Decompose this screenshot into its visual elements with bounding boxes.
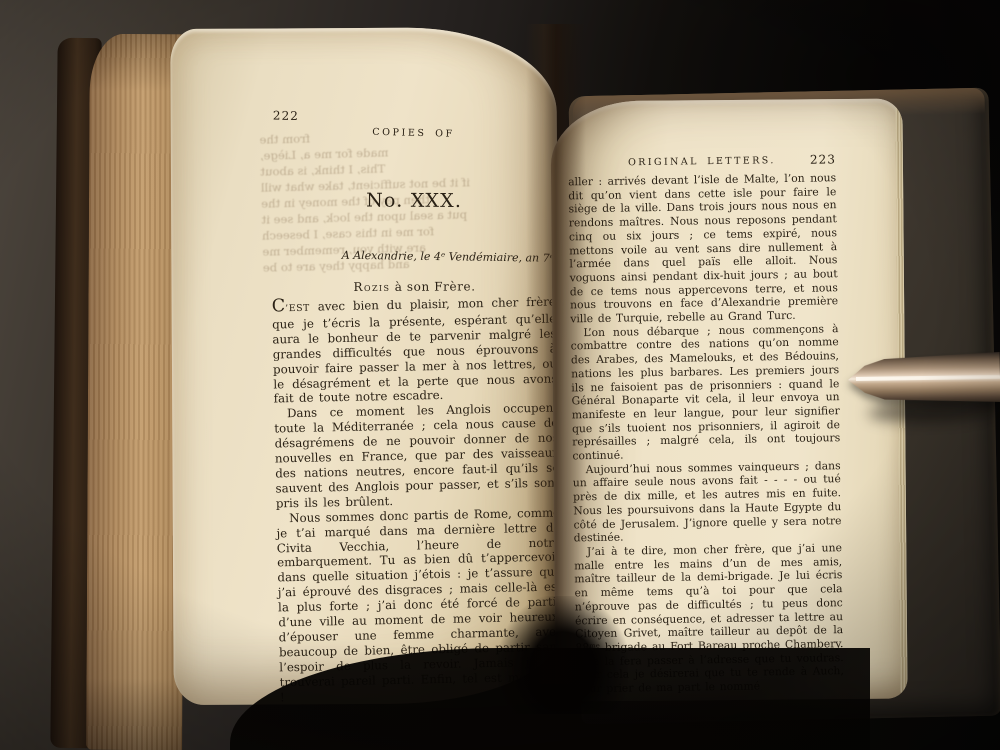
letter-opener-highlight	[856, 375, 1000, 381]
letter-number-heading: No. XXX.	[271, 189, 557, 212]
running-header-right: ORIGINAL LETTERS.	[568, 154, 836, 169]
book-photograph: from themade for me a, Liège,This, I thi…	[0, 0, 1000, 750]
opening-text: avec bien du plaisir, mon cher frère que…	[272, 295, 557, 406]
gutter-shadow	[526, 24, 586, 684]
opening-paragraph: C’est avec bien du plaisir, mon cher frè…	[272, 295, 558, 407]
gutter-fold-shadow	[498, 596, 628, 714]
opening-smallcaps: ’est	[285, 303, 310, 315]
paragraph: Dans ce moment les Anglois occupent tout…	[274, 401, 560, 511]
continuation-paragraph: aller : arrivés devant l’isle de Malte, …	[568, 171, 838, 326]
salutation: Rozis à son Frère.	[272, 279, 558, 294]
paragraph: Aujourd’hui nous sommes vainqueurs ; dan…	[573, 459, 842, 545]
page-number-222: 222	[273, 109, 299, 124]
right-running-head-row: ORIGINAL LETTERS. 223	[568, 154, 836, 169]
paragraph: L’on nous débarque ; nous commençons à c…	[570, 322, 840, 463]
letter-opener	[848, 352, 1000, 404]
salutation-name: Rozis	[353, 280, 390, 294]
drop-initial: C	[272, 296, 286, 316]
letter-opener-blade	[848, 352, 1000, 404]
page-number-223: 223	[810, 152, 836, 166]
salutation-rest: à son Frère.	[390, 279, 475, 293]
